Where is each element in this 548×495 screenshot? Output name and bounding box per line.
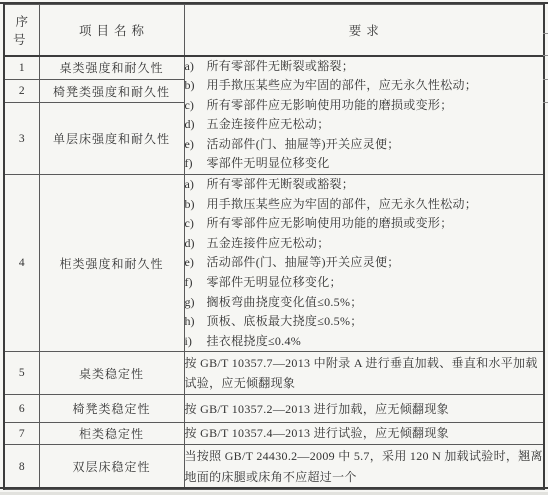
requirement-item: c)所有零部件应无影响使用功能的磨损或变形； (185, 214, 544, 234)
item-name: 桌类稳定性 (39, 352, 184, 395)
row-number: 4 (4, 175, 39, 352)
item-text: 活动部件(门、抽屉等)开关应灵便； (207, 135, 544, 155)
item-letter: e) (185, 135, 207, 155)
item-text: 所有零部件无断裂或豁裂； (207, 57, 544, 77)
requirement-item: c)所有零部件应无影响使用功能的磨损或变形； (185, 96, 544, 116)
item-letter: d) (185, 115, 207, 135)
table-row: 8 双层床稳定性 当按照 GB/T 24430.2—2009 中 5.7，采用 … (4, 444, 544, 489)
item-letter: a) (185, 57, 207, 77)
table-row: 6 椅凳类稳定性 按 GB/T 10357.2—2013 进行加载，应无倾翻现象 (4, 395, 544, 423)
requirement-list: a)所有零部件无断裂或豁裂； b)用手揿压某些应为牢固的部件，应无永久性松动； … (185, 175, 544, 351)
row-number: 8 (4, 444, 39, 489)
item-name: 椅凳类稳定性 (39, 395, 184, 423)
item-text: 五金连接件应无松动； (207, 115, 544, 135)
row-number: 1 (4, 56, 39, 80)
row-number: 5 (4, 352, 39, 395)
item-text: 顶板、底板最大挠度≤0.5%； (207, 312, 544, 332)
item-letter: a) (185, 175, 207, 195)
header-col-name: 项目名称 (39, 5, 184, 56)
requirement-cell: 按 GB/T 10357.7—2013 中附录 A 进行垂直加载、垂直和水平加载… (184, 352, 544, 395)
item-text: 搁板弯曲挠度变化值≤0.5%； (207, 293, 544, 313)
item-name: 单层床强度和耐久性 (39, 103, 184, 175)
requirement-item: g)搁板弯曲挠度变化值≤0.5%； (185, 293, 544, 313)
item-text: 五金连接件应无松动； (207, 234, 544, 254)
requirement-item: a)所有零部件无断裂或豁裂； (185, 57, 544, 77)
table-header-row: 序号 项目名称 要求 (4, 5, 544, 56)
item-name: 双层床稳定性 (39, 444, 184, 489)
table-row: 4 柜类强度和耐久性 a)所有零部件无断裂或豁裂； b)用手揿压某些应为牢固的部… (4, 175, 544, 352)
requirement-list: a)所有零部件无断裂或豁裂； b)用手揿压某些应为牢固的部件，应无永久性松动； … (185, 57, 544, 175)
header-col-no: 序号 (4, 5, 39, 56)
requirement-cell: 当按照 GB/T 24430.2—2009 中 5.7，采用 120 N 加载试… (184, 444, 544, 489)
item-letter: e) (185, 253, 207, 273)
item-name: 柜类强度和耐久性 (39, 175, 184, 352)
scan-artifact-tick (543, 33, 548, 34)
scan-artifact-tick (543, 102, 548, 103)
scan-artifact-tick (543, 55, 548, 56)
requirement-text: 按 GB/T 10357.4—2013 进行试验，应无倾翻现象 (185, 423, 544, 443)
row-number: 6 (4, 395, 39, 423)
item-text: 挂衣棍挠度≤0.4% (207, 332, 544, 352)
requirement-item: e)活动部件(门、抽屉等)开关应灵便； (185, 253, 544, 273)
requirement-item: b)用手揿压某些应为牢固的部件，应无永久性松动； (185, 195, 544, 215)
requirements-table: 序号 项目名称 要求 1 桌类强度和耐久性 a)所有零部件无断裂或豁裂； b)用… (3, 4, 545, 490)
item-letter: f) (185, 273, 207, 293)
requirement-item: e)活动部件(门、抽屉等)开关应灵便； (185, 135, 544, 155)
requirement-item: b)用手揿压某些应为牢固的部件，应无永久性松动； (185, 76, 544, 96)
item-text: 零部件无明显位移变化； (207, 273, 544, 293)
item-letter: g) (185, 293, 207, 313)
row-number: 3 (4, 103, 39, 175)
requirement-text: 按 GB/T 10357.7—2013 中附录 A 进行垂直加载、垂直和水平加载… (185, 353, 544, 394)
requirement-text: 当按照 GB/T 24430.2—2009 中 5.7，采用 120 N 加载试… (185, 446, 544, 487)
header-col-req: 要求 (184, 5, 544, 56)
table-row: 7 柜类稳定性 按 GB/T 10357.4—2013 进行试验，应无倾翻现象 (4, 423, 544, 444)
table-row: 1 桌类强度和耐久性 a)所有零部件无断裂或豁裂； b)用手揿压某些应为牢固的部… (4, 56, 544, 80)
item-letter: h) (185, 312, 207, 332)
item-text: 用手揿压某些应为牢固的部件，应无永久性松动； (207, 76, 544, 96)
requirement-item: d)五金连接件应无松动； (185, 234, 544, 254)
requirements-group-a: a)所有零部件无断裂或豁裂； b)用手揿压某些应为牢固的部件，应无永久性松动； … (184, 56, 544, 175)
row-number: 2 (4, 80, 39, 103)
item-letter: i) (185, 332, 207, 352)
item-letter: c) (185, 96, 207, 116)
requirement-item: f)零部件无明显位移变化 (185, 154, 544, 174)
table-bottom-rule (0, 487, 548, 489)
table-row: 5 桌类稳定性 按 GB/T 10357.7—2013 中附录 A 进行垂直加载… (4, 352, 544, 395)
scan-artifact-tick (543, 79, 548, 80)
item-letter: d) (185, 234, 207, 254)
item-text: 所有零部件应无影响使用功能的磨损或变形； (207, 214, 544, 234)
item-text: 所有零部件无断裂或豁裂； (207, 175, 544, 195)
requirement-text: 按 GB/T 10357.2—2013 进行加载，应无倾翻现象 (185, 399, 544, 419)
item-text: 所有零部件应无影响使用功能的磨损或变形； (207, 96, 544, 116)
item-letter: c) (185, 214, 207, 234)
row-number: 7 (4, 423, 39, 444)
requirement-item: a)所有零部件无断裂或豁裂； (185, 175, 544, 195)
item-name: 桌类强度和耐久性 (39, 56, 184, 80)
item-name: 柜类稳定性 (39, 423, 184, 444)
requirement-item: i)挂衣棍挠度≤0.4% (185, 332, 544, 352)
item-name: 椅凳类强度和耐久性 (39, 80, 184, 103)
requirement-cell: 按 GB/T 10357.4—2013 进行试验，应无倾翻现象 (184, 423, 544, 444)
requirement-item: f)零部件无明显位移变化； (185, 273, 544, 293)
requirements-group-b: a)所有零部件无断裂或豁裂； b)用手揿压某些应为牢固的部件，应无永久性松动； … (184, 175, 544, 352)
requirement-item: h)顶板、底板最大挠度≤0.5%； (185, 312, 544, 332)
item-text: 活动部件(门、抽屉等)开关应灵便； (207, 253, 544, 273)
item-text: 用手揿压某些应为牢固的部件，应无永久性松动； (207, 195, 544, 215)
requirement-cell: 按 GB/T 10357.2—2013 进行加载，应无倾翻现象 (184, 395, 544, 423)
item-letter: b) (185, 76, 207, 96)
item-letter: b) (185, 195, 207, 215)
item-letter: f) (185, 154, 207, 174)
scanned-document-page: 序号 项目名称 要求 1 桌类强度和耐久性 a)所有零部件无断裂或豁裂； b)用… (0, 0, 548, 495)
requirement-item: d)五金连接件应无松动； (185, 115, 544, 135)
item-text: 零部件无明显位移变化 (207, 154, 544, 174)
